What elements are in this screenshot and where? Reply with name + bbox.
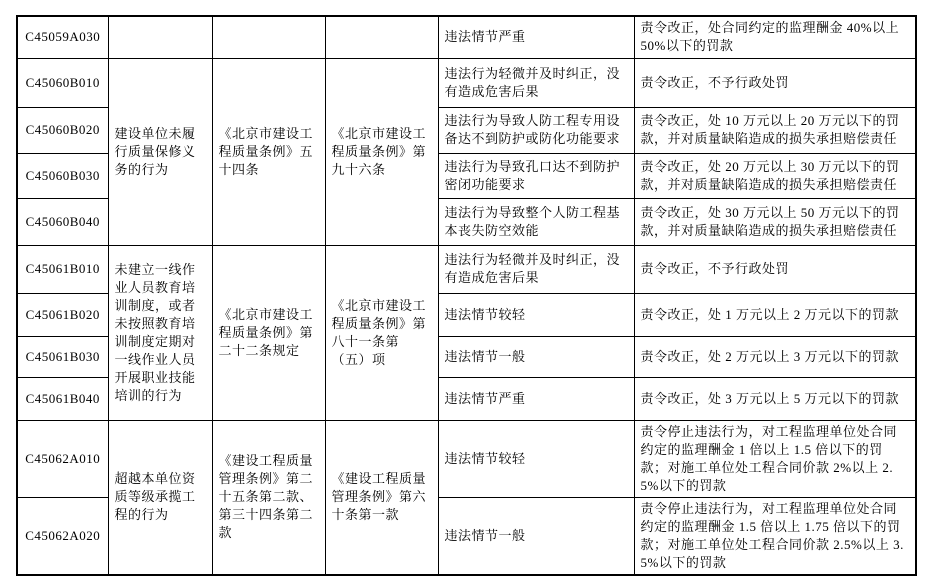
behavior-cell: 未建立一线作业人员教育培训制度，或者未按照教育培训制度定期对一线作业人员开展职业… [108,245,212,420]
legal-basis-2-cell: 《建设工程质量管理条例》第六十条第一款 [325,420,438,575]
severity-cell: 违法情节较轻 [438,420,634,497]
code-cell: C45060B030 [17,153,108,198]
penalty-cell: 责令改正，处合同约定的监理酬金 40%以上 50%以下的罚款 [634,16,916,58]
severity-cell: 违法情节严重 [438,16,634,58]
code-cell: C45060B040 [17,198,108,245]
severity-cell: 违法情节严重 [438,377,634,420]
penalty-discretion-table: C45059A030 违法情节严重 责令改正，处合同约定的监理酬金 40%以上 … [16,15,917,576]
behavior-cell: 超越本单位资质等级承揽工程的行为 [108,420,212,575]
penalty-cell: 责令改正，处 20 万元以上 30 万元以下的罚款，并对质量缺陷造成的损失承担赔… [634,153,916,198]
severity-cell: 违法行为导致孔口达不到防护密闭功能要求 [438,153,634,198]
penalty-cell: 责令停止违法行为，对工程监理单位处合同约定的监理酬金 1 倍以上 1.5 倍以下… [634,420,916,497]
code-cell: C45062A020 [17,497,108,575]
code-cell: C45061B030 [17,336,108,377]
penalty-cell: 责令改正，处 30 万元以上 50 万元以下的罚款，并对质量缺陷造成的损失承担赔… [634,198,916,245]
penalty-cell: 责令改正，处 10 万元以上 20 万元以下的罚款，并对质量缺陷造成的损失承担赔… [634,107,916,153]
legal-basis-1-cell: 《北京市建设工程质量条例》第二十二条规定 [212,245,325,420]
penalty-cell: 责令改正，处 2 万元以上 3 万元以下的罚款 [634,336,916,377]
legal-basis-1-cell: 《建设工程质量管理条例》第二十五条第二款、第三十四条第二款 [212,420,325,575]
table-row: C45060B010 建设单位未履行质量保修义务的行为 《北京市建设工程质量条例… [17,58,916,107]
code-cell: C45060B020 [17,107,108,153]
severity-cell: 违法情节一般 [438,336,634,377]
legal-basis-1-cell: 《北京市建设工程质量条例》五十四条 [212,58,325,245]
table-row: C45062A010 超越本单位资质等级承揽工程的行为 《建设工程质量管理条例》… [17,420,916,497]
severity-cell: 违法行为轻微并及时纠正，没有造成危害后果 [438,58,634,107]
penalty-cell: 责令停止违法行为，对工程监理单位处合同约定的监理酬金 1.5 倍以上 1.75 … [634,497,916,575]
table-row: C45059A030 违法情节严重 责令改正，处合同约定的监理酬金 40%以上 … [17,16,916,58]
code-cell: C45061B010 [17,245,108,293]
penalty-cell: 责令改正，不予行政处罚 [634,58,916,107]
penalty-cell: 责令改正，处 3 万元以上 5 万元以下的罚款 [634,377,916,420]
penalty-cell: 责令改正，不予行政处罚 [634,245,916,293]
legal-basis-1-cell [212,16,325,58]
behavior-cell: 建设单位未履行质量保修义务的行为 [108,58,212,245]
code-cell: C45061B040 [17,377,108,420]
severity-cell: 违法行为导致整个人防工程基本丧失防空效能 [438,198,634,245]
legal-basis-2-cell: 《北京市建设工程质量条例》第八十一条第（五）项 [325,245,438,420]
document-page: C45059A030 违法情节严重 责令改正，处合同约定的监理酬金 40%以上 … [0,0,928,579]
legal-basis-2-cell [325,16,438,58]
severity-cell: 违法情节一般 [438,497,634,575]
legal-basis-2-cell: 《北京市建设工程质量条例》第九十六条 [325,58,438,245]
code-cell: C45059A030 [17,16,108,58]
table-row: C45061B010 未建立一线作业人员教育培训制度，或者未按照教育培训制度定期… [17,245,916,293]
severity-cell: 违法情节较轻 [438,293,634,336]
penalty-cell: 责令改正，处 1 万元以上 2 万元以下的罚款 [634,293,916,336]
code-cell: C45062A010 [17,420,108,497]
code-cell: C45061B020 [17,293,108,336]
severity-cell: 违法行为导致人防工程专用设备达不到防护或防化功能要求 [438,107,634,153]
severity-cell: 违法行为轻微并及时纠正，没有造成危害后果 [438,245,634,293]
behavior-cell [108,16,212,58]
code-cell: C45060B010 [17,58,108,107]
